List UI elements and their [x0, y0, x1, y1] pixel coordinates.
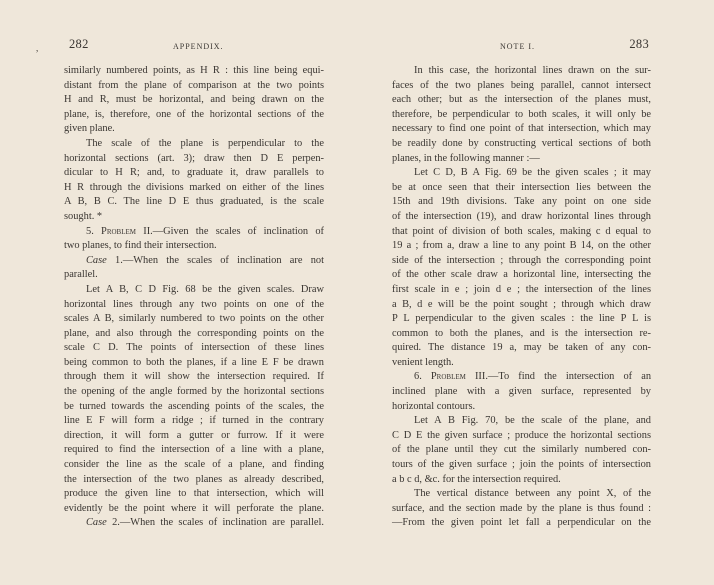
text-line: being common to both the planes, if a li…	[64, 356, 324, 371]
text-line: A B, B C. The line D E thus graduated, i…	[64, 195, 324, 210]
text-line: P L perpendicular to the given scales : …	[392, 312, 651, 327]
running-head-left: 282 APPENDIX.	[66, 38, 324, 52]
text-line: distant from the plane of comparison at …	[64, 79, 324, 94]
text-line: surface, and the section made by the pla…	[392, 502, 651, 517]
text-line: 19 a ; from a, draw a line to any point …	[392, 239, 651, 254]
text-line: 6. Problem III.—To find the intersection…	[392, 370, 651, 385]
text-line: Let A B Fig. 70, be the scale of the pla…	[392, 414, 651, 429]
text-line: inclined plane with a given surface, rep…	[392, 385, 651, 400]
text-line: planes, in the following manner :—	[392, 152, 651, 167]
text-line: parallel.	[64, 268, 324, 283]
text-line: Let C D, B A Fig. 69 be the given scales…	[392, 166, 651, 181]
text-line: two planes, to find their intersection.	[64, 239, 324, 254]
text-line: necessary to find one point of that inte…	[392, 122, 651, 137]
text-line: be turned towards the ascending points o…	[64, 400, 324, 415]
text-line: a b c d, &c. for the intersection requir…	[392, 473, 651, 488]
text-line: consider the line as the scale of a plan…	[64, 458, 324, 473]
text-line: evidently be the point where it will per…	[64, 502, 324, 517]
running-head-title-left: APPENDIX.	[173, 42, 224, 51]
text-line: through them it will show the intersecti…	[64, 370, 324, 385]
page-number-left: 282	[69, 37, 89, 52]
text-line: dicular to H R; and, to graduate it, dra…	[64, 166, 324, 181]
text-line: a B, d e will be the point sought ; thro…	[392, 298, 651, 313]
text-line: scales A B, similarly numbered to two po…	[64, 312, 324, 327]
text-line: Let A B, C D Fig. 68 be the given scales…	[64, 283, 324, 298]
text-line: In this case, the horizontal lines drawn…	[392, 64, 651, 79]
text-line: common to both the planes, and is the in…	[392, 327, 651, 342]
book-spread: , 282 APPENDIX. similarly numbered point…	[0, 0, 714, 585]
page-number-right: 283	[629, 37, 649, 52]
text-line: each other; but as the intersection of t…	[392, 93, 651, 108]
text-line: plane, and also through the correspondin…	[64, 327, 324, 342]
text-line: of the other scale draw a horizontal lin…	[392, 268, 651, 283]
text-line: produce the given line to that intersect…	[64, 487, 324, 502]
text-line: H and R, must be horizontal, and being d…	[64, 93, 324, 108]
text-line: horizontal contours.	[392, 400, 651, 415]
text-line: be readily done by constructing vertical…	[392, 137, 651, 152]
text-line: therefore, be perpendicular to both scal…	[392, 108, 651, 123]
text-line: 5. Problem II.—Given the scales of incli…	[64, 225, 324, 240]
text-line: sought. *	[64, 210, 324, 225]
text-line: line E F will form a ridge ; if turned i…	[64, 414, 324, 429]
right-page-body: In this case, the horizontal lines drawn…	[392, 64, 651, 531]
text-line: plane, is, therefore, one of the horizon…	[64, 108, 324, 123]
text-line: of the intersection (19), and draw horiz…	[392, 210, 651, 225]
running-head-title-right: NOTE I.	[500, 42, 535, 51]
text-line: the opening of the angle formed by the h…	[64, 385, 324, 400]
text-line: scale C D. The points of intersection of…	[64, 341, 324, 356]
text-line: similarly numbered points, as H R : this…	[64, 64, 324, 79]
text-line: venient length.	[392, 356, 651, 371]
text-line: of the plane until they cut the similarl…	[392, 443, 651, 458]
text-line: horizontal lines through any two points …	[64, 298, 324, 313]
text-line: C D E the given surface ; produce the ho…	[392, 429, 651, 444]
text-line: Case 1.—When the scales of inclination a…	[64, 254, 324, 269]
text-line: quired. The distance 19 a, may be taken …	[392, 341, 651, 356]
text-line: —From the given point let fall a perpend…	[392, 516, 651, 531]
text-line: that point of division of both scales, m…	[392, 225, 651, 240]
text-line: given plane.	[64, 122, 324, 137]
text-line: tours of the given surface ; join the po…	[392, 458, 651, 473]
text-line: The scale of the plane is perpendicular …	[64, 137, 324, 152]
left-page-body: similarly numbered points, as H R : this…	[64, 64, 324, 531]
text-line: Case 2.—When the scales of inclination a…	[64, 516, 324, 531]
stray-mark: ,	[36, 43, 38, 53]
text-line: the intersection of the two planes as al…	[64, 473, 324, 488]
text-line: be at once seen that their intersection …	[392, 181, 651, 196]
text-line: faces of the two planes being parallel, …	[392, 79, 651, 94]
text-line: required to find the intersection of a l…	[64, 443, 324, 458]
text-line: The vertical distance between any point …	[392, 487, 651, 502]
text-line: first scale in e ; join d e ; the inters…	[392, 283, 651, 298]
text-line: horizontal sections (art. 3); draw then …	[64, 152, 324, 167]
text-line: 15th and 19th divisions. Take any point …	[392, 195, 651, 210]
text-line: H R through the divisions marked on eith…	[64, 181, 324, 196]
running-head-right: NOTE I. 283	[391, 38, 649, 52]
text-line: direction, it will form a gutter or furr…	[64, 429, 324, 444]
text-line: side of the intersection ; through the c…	[392, 254, 651, 269]
